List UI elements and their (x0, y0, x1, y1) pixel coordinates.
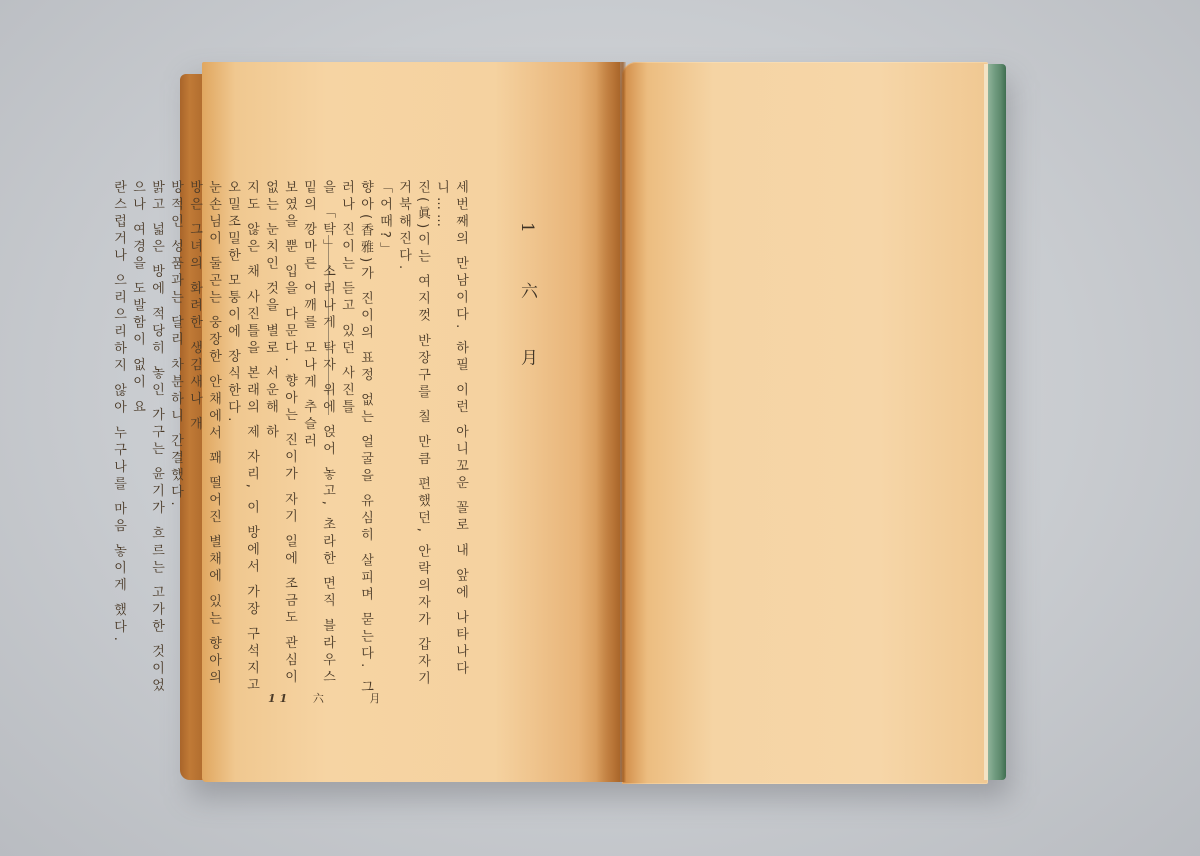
page-number: 11 (268, 692, 291, 705)
pencil-annotation-line (328, 235, 329, 415)
green-cover-edge (988, 64, 1006, 780)
page-footer: 11 六 月 (268, 690, 384, 706)
text-column: 향아(香雅)가 진이의 표정 없는 얼굴을 유심히 살피며 묻는다. 그러나 진… (337, 180, 375, 700)
chapter-title-six: 六 (517, 282, 537, 321)
text-column: 눈손님이 둘곤는 웅장한 안채에서 꽤 떨어진 별채에 있는 향아의 방은 그녀… (185, 180, 223, 700)
left-page-body-text: 세번째의 만남이다. 하필 이런 아니꼬운 꼴로 내 앞에 나타나다니…… 진(… (255, 180, 470, 700)
text-column: 보였을 뿐 입을 다문다. 향아는 진이가 자기 일에 조금도 관심이 없는 눈… (261, 180, 299, 700)
text-column: 「어때?」 (375, 180, 394, 700)
running-head-month: 月 (369, 692, 384, 705)
text-column: 을 「탁」 소리나게 탁자 위에 얹어 놓고, 초라한 면직 블라우스 밑의 깡… (299, 180, 337, 700)
chapter-heading: 1 六 月 (510, 222, 540, 388)
text-column: 세번째의 만남이다. 하필 이런 아니꼬운 꼴로 내 앞에 나타나다니…… (432, 180, 470, 700)
text-column: 진(眞)이는 여지껏 반장구를 칠 만큼 편했던, 안락의자가 갑자기 거북해진… (394, 180, 432, 700)
text-column: 밝고 넓은 방에 적당히 놓인 가구는 윤기가 흐르는 고가한 것이었으나 여경… (128, 180, 166, 700)
chapter-number: 1 (517, 222, 537, 255)
chapter-title-month: 月 (517, 349, 537, 388)
text-column: 방적인 성품과는 달리 차분하니 간결했다. (166, 180, 185, 700)
right-page (622, 62, 988, 784)
running-head-six: 六 (313, 692, 328, 705)
book-gutter (596, 62, 626, 782)
text-column: 지도 않은 채 사진틀을 본래의 제 자리, 이 방에서 가장 구석지고 오밀조… (223, 180, 261, 700)
text-column: 란스럽거나 으리으리하지 않아 누구나를 마음 놓이게 했다. (109, 180, 128, 700)
